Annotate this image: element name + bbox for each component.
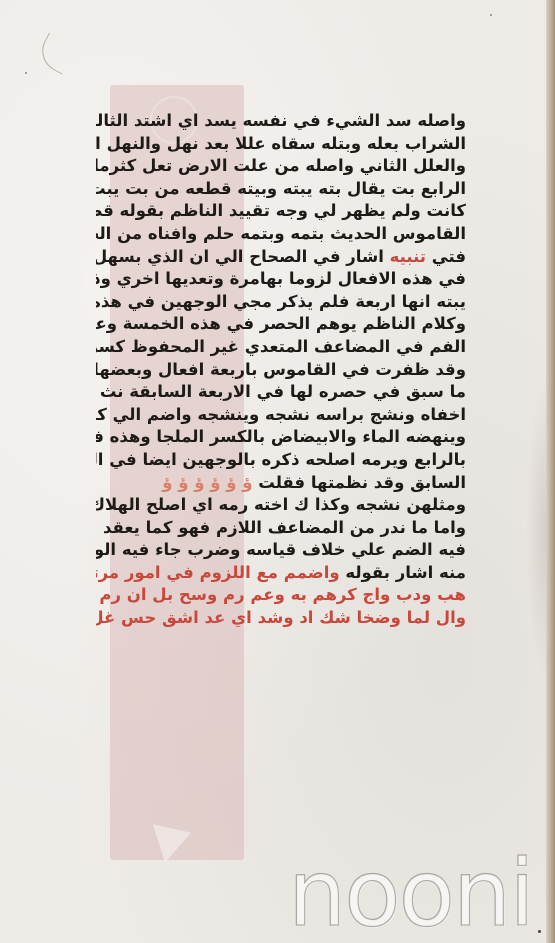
pen-stroke-mark — [35, 33, 77, 75]
binding-edge — [546, 0, 555, 943]
text-line: فيه الضم علي خلاف قياسه وضرب جاء فيه الو… — [96, 539, 466, 562]
nooni-watermark: nooni — [288, 848, 533, 940]
text-line-with-rubric: منه اشار بقوله واضمم مع اللزوم في امور م… — [96, 562, 466, 585]
text-line: وينهضه الماء والابيضاض بالكسر الملجا وهذ… — [96, 426, 466, 449]
ink-speck — [490, 14, 492, 16]
text-line: في هذه الافعال لزوما بهامرة وتعديها اخري… — [96, 268, 466, 291]
text-line: يبته انها اربعة فلم يذكر مجي الوجهين في … — [96, 291, 466, 314]
red-dot-ornaments: ؤ ؤ ؤ ؤ ؤ ؤ — [162, 473, 252, 492]
text-line: كانت ولم يظهر لي وجه تقييد الناظم بقوله … — [96, 200, 466, 223]
text-line: الرابع بت يقال بته يبته وبيته قطعه من بت… — [96, 178, 466, 201]
text-line-with-rubric: فتي تنبيه اشار في الصحاح الي ان الذي بسه… — [96, 246, 466, 269]
text-line: الفم في المضاعف المتعدي غير المحفوظ كسره… — [96, 336, 466, 359]
manuscript-page: واصله سد الشيء في نفسه يسد اي اشتد الثال… — [0, 0, 555, 943]
text-line: ما سبق في حصره لها في الاربعة السابقة نث… — [96, 381, 466, 404]
page-fold-shadow — [526, 380, 546, 680]
text-line: وكلام الناظم يوهم الحصر في هذه الخمسة وع… — [96, 313, 466, 336]
text-line: ومثلهن نشجه وكذا ك اخته رمه اي اصلح الهل… — [96, 494, 466, 517]
text-line: والعلل الثاني واصله من علت الارض تعل كثر… — [96, 155, 466, 178]
ink-speck — [25, 72, 27, 74]
text-line: بالرابع ويرمه اصلحه ذكره بالوجهين ايضا ف… — [96, 449, 466, 472]
text-line-with-ornaments: السابق وقد نظمتها فقلت ؤ ؤ ؤ ؤ ؤ ؤ — [96, 472, 466, 495]
text-line: واما ما ندر من المضاعف اللازم فهو كما يع… — [96, 517, 466, 540]
rubric-text: واضمم مع اللزوم في امور مرتبة وجل ما جاء — [96, 563, 340, 582]
manuscript-text: واصله سد الشيء في نفسه يسد اي اشتد الثال… — [96, 110, 466, 630]
rubric-text: تنبيه — [390, 247, 426, 266]
text-line: واصله سد الشيء في نفسه يسد اي اشتد الثال… — [96, 110, 466, 133]
verse-line-red: وال لما وضخا شك اد وشد اي عد اشق حس غل ا… — [96, 607, 466, 630]
text-line: القاموس الحديث بتمه وبتمه حلم وافناه من … — [96, 223, 466, 246]
text-line: وقد ظفرت في القاموس باربعة افعال وبعضها … — [96, 359, 466, 382]
text-line: اخفاه ونشج براسه نشجه وينشجه واضم الي كذ… — [96, 404, 466, 427]
verse-intro: السابق وقد نظمتها فقلت — [258, 473, 466, 492]
text-line: الشراب بعله وبتله سقاه عللا بعد نهل والن… — [96, 133, 466, 156]
verse-line-red: هب ودب واج كرهم به وعم رم وسح بل ان رم ا… — [96, 584, 466, 607]
ink-speck — [538, 930, 541, 933]
